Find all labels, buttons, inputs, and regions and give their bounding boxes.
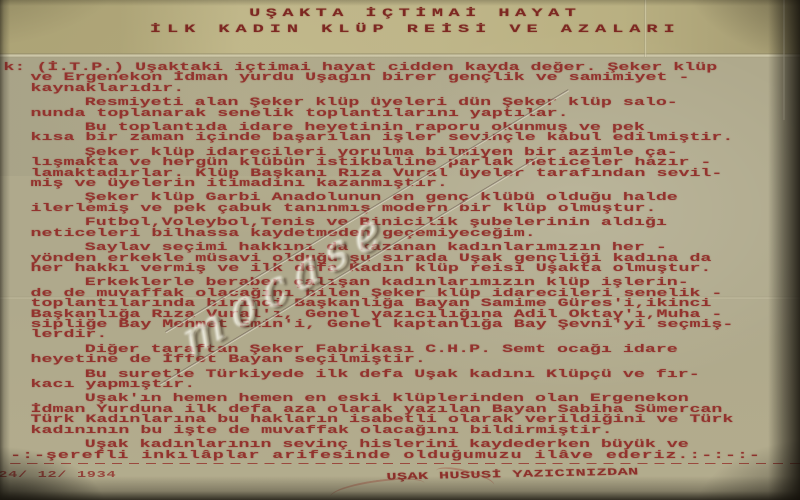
paragraph-first-in-turkey: Bu suretle Türkiyede ilk defa Uşak kadın…: [31, 370, 800, 391]
closing-underlined-line: -:-şerefli inkılâplar arifesinde olduğum…: [10, 450, 800, 464]
correspondent-signature: UŞAK HUSUSİ YAZICINIZDAN: [387, 468, 640, 484]
document-subtitle: İLK KADIN KLÜP REİSİ VE AZALARI: [31, 23, 800, 37]
paragraph-chp-branch: Diğer taraftan Şeker Fabrikası C.H.P. Se…: [31, 345, 800, 366]
paragraph-report: Bu toplantıda idare heyetinin raporu oku…: [31, 123, 800, 144]
paragraph-elections: Erkeklerle beraber çalışan kadınlarımızı…: [31, 278, 800, 340]
paragraph-ergenekon: Uşak'ın hemen hemen en eski klüplerinden…: [31, 394, 800, 436]
document-title: UŞAKTA İÇTİMAİ HAYAT: [31, 7, 800, 21]
typewritten-content: UŞAKTA İÇTİMAİ HAYAT İLK KADIN KLÜP REİS…: [0, 0, 800, 481]
paragraph-women-rights: Saylav seçimi hakkını da kazanan kadınla…: [31, 243, 800, 274]
paragraph-meeting: Resmiyeti alan Şeker klüp üyeleri dün Şe…: [31, 98, 800, 119]
paragraph-sports: Futbol,Voleybol,Tenis ve Binicilik şubel…: [31, 218, 800, 239]
paragraph-closing-start: Uşak kadınlarının sevinç hislerini kayde…: [31, 440, 800, 450]
paragraph-managers: Şeker klüp idarecileri yorulma bilmiyen …: [31, 148, 800, 190]
paragraph-youngest-club: Şeker klüp Garbi Anadolunun en genç klüb…: [31, 193, 800, 214]
letter-body: k: (İ.T.P.) Uşaktaki içtimai hayat cidde…: [31, 63, 800, 464]
letter-footer: 24/ 12/ 1934 UŞAK HUSUSİ YAZICINIZDAN: [31, 470, 800, 481]
document-date: 24/ 12/ 1934: [0, 470, 116, 480]
scanned-letter-page: UŞAKTA İÇTİMAİ HAYAT İLK KADIN KLÜP REİS…: [0, 0, 800, 500]
paragraph-intro: k: (İ.T.P.) Uşaktaki içtimai hayat cidde…: [31, 63, 800, 94]
